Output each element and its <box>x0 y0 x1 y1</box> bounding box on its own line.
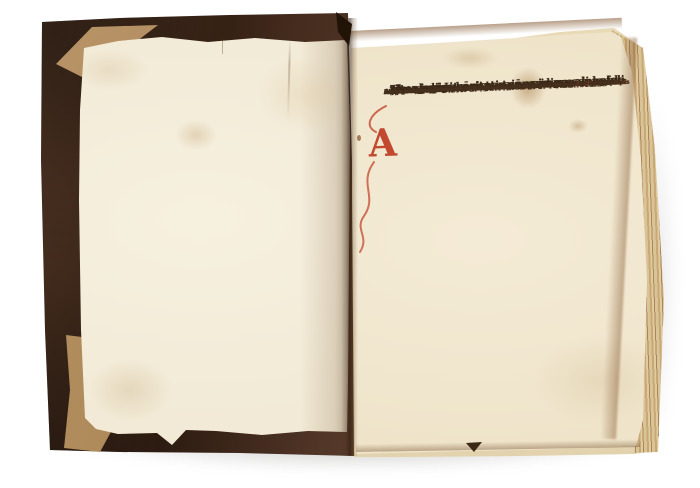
book-photo: Theologice veritatis cōpendiuʒ. alphabe … <box>0 0 700 488</box>
page-crease <box>222 38 223 54</box>
initial-letter: A <box>368 123 397 162</box>
rubricated-initial: A <box>352 100 422 270</box>
